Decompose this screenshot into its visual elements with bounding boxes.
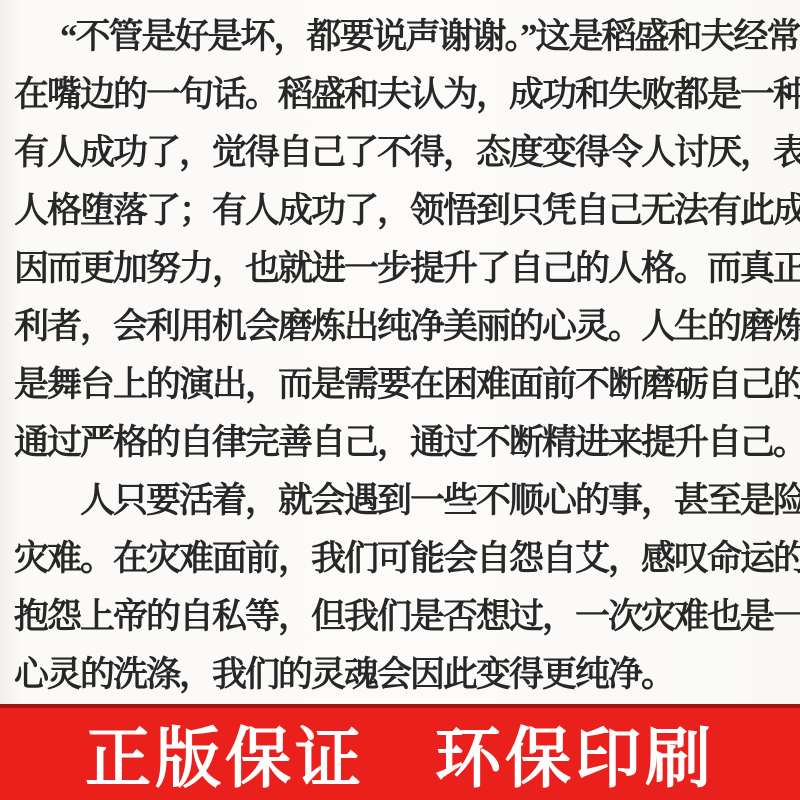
page-text: “不管是好是坏，都要说声谢谢。”这是稻盛和夫经常 在嘴边的一句话。稻盛和夫认为，…	[14, 8, 800, 704]
text-line: 在嘴边的一句话。稻盛和夫认为，成功和失败都是一种磨	[14, 66, 800, 124]
text-line: 人格堕落了；有人成功了，领悟到只凭自己无法有此成	[14, 182, 800, 240]
text-line: 心灵的洗涤，我们的灵魂会因此变得更纯净。	[14, 646, 800, 704]
text-line: 人只要活着，就会遇到一些不顺心的事，甚至是险	[14, 472, 800, 530]
promo-banner: 正版保证 环保印刷	[0, 704, 800, 800]
text-line: 因而更加努力，也就进一步提升了自己的人格。而真正的	[14, 240, 800, 298]
text-line: “不管是好是坏，都要说声谢谢。”这是稻盛和夫经常	[14, 8, 800, 66]
book-page-photo: “不管是好是坏，都要说声谢谢。”这是稻盛和夫经常 在嘴边的一句话。稻盛和夫认为，…	[0, 0, 800, 800]
text-line: 有人成功了，觉得自己了不得，态度变得令人讨厌，表明	[14, 124, 800, 182]
text-line: 灾难。在灾难面前，我们可能会自怨自艾，感叹命运的不	[14, 530, 800, 588]
text-line: 利者，会利用机会磨炼出纯净美丽的心灵。人生的磨炼不	[14, 298, 800, 356]
text-line: 是舞台上的演出，而是需要在困难面前不断磨砺自己的心	[14, 356, 800, 414]
text-line: 通过严格的自律完善自己，通过不断精进来提升自己。	[14, 414, 800, 472]
text-line: 抱怨上帝的自私等，但我们是否想过，一次灾难也是一次	[14, 588, 800, 646]
promo-banner-label: 正版保证 环保印刷	[85, 705, 715, 800]
